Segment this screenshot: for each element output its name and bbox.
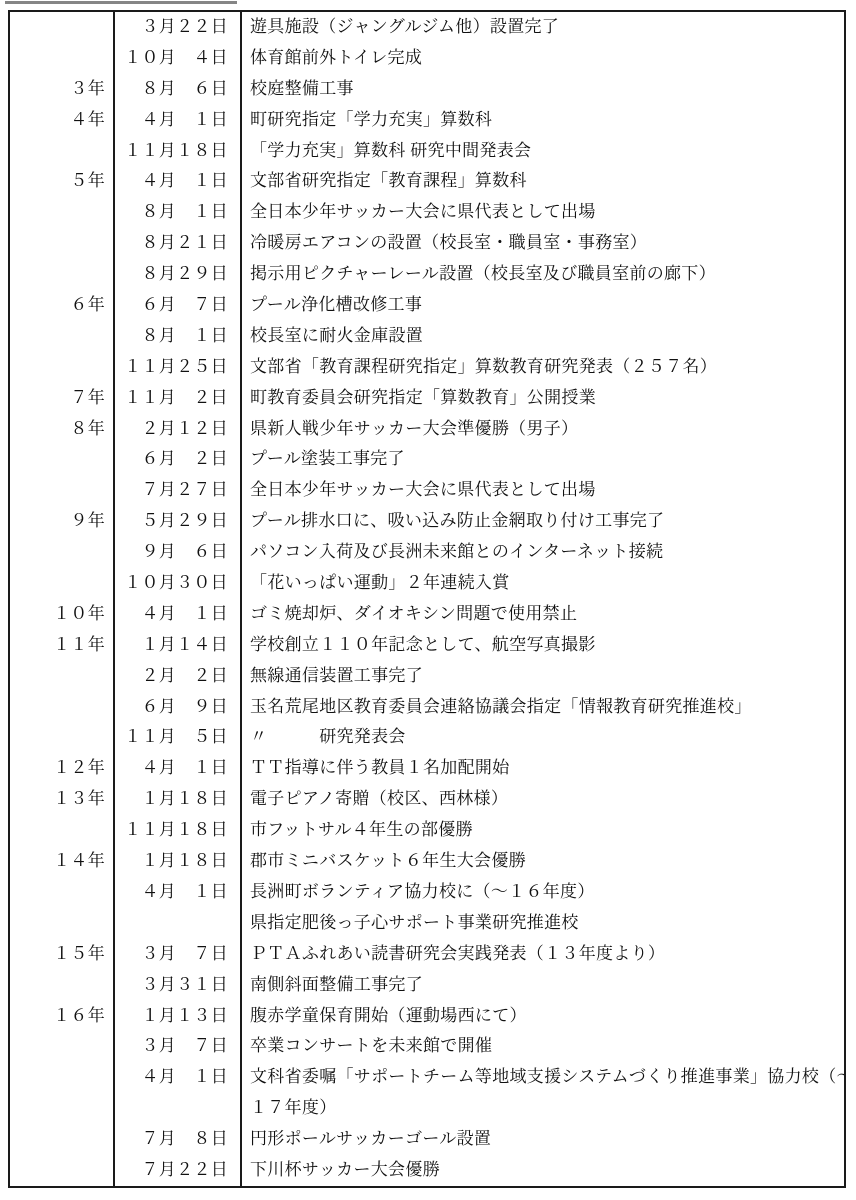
row-event-cell: 冷暖房エアコンの設置（校長室・職員室・事務室） (242, 228, 844, 259)
row-year-cell (10, 136, 113, 167)
row-event-cell: ＴＴ指導に伴う教員１名加配開始 (242, 753, 844, 784)
row-event-cell: 全日本少年サッカー大会に県代表として出場 (242, 475, 844, 506)
table-body: ３年４年５年６年７年８年９年１０年１１年１２年１３年１４年１５年１６年 ３月２２… (10, 12, 844, 1186)
row-event-cell: 〃 研究発表会 (242, 722, 844, 753)
row-year-cell (10, 259, 113, 290)
row-date-cell: １０月３０日 (115, 568, 240, 599)
row-date-cell: ９月 ６日 (115, 537, 240, 568)
row-event-cell: 「花いっぱい運動」２年連続入賞 (242, 568, 844, 599)
row-event-cell: 市フットサル４年生の部優勝 (242, 815, 844, 846)
row-date-cell: ３月３１日 (115, 970, 240, 1001)
row-date-cell: ２月１２日 (115, 414, 240, 445)
row-event-cell: 文部省「教育課程研究指定」算数教育研究発表（２５７名） (242, 352, 844, 383)
row-event-cell: １７年度） (242, 1093, 844, 1124)
row-event-cell: 電子ピアノ寄贈（校区、西林様） (242, 784, 844, 815)
row-year-cell: １４年 (10, 846, 113, 877)
row-year-cell (10, 43, 113, 74)
row-year-cell: １６年 (10, 1001, 113, 1032)
row-year-cell (10, 228, 113, 259)
row-date-cell: ４月 １日 (115, 599, 240, 630)
row-event-cell: 円形ポールサッカーゴール設置 (242, 1124, 844, 1155)
row-date-cell: ８月２１日 (115, 228, 240, 259)
row-year-cell: ７年 (10, 383, 113, 414)
row-event-cell: 県指定肥後っ子心サポート事業研究推進校 (242, 908, 844, 939)
year-column: ３年４年５年６年７年８年９年１０年１１年１２年１３年１４年１５年１６年 (10, 12, 113, 1186)
row-event-cell: 下川杯サッカー大会優勝 (242, 1155, 844, 1186)
row-event-cell: 県新人戦少年サッカー大会準優勝（男子） (242, 414, 844, 445)
row-year-cell (10, 1093, 113, 1124)
row-year-cell: １３年 (10, 784, 113, 815)
row-event-cell: 校庭整備工事 (242, 74, 844, 105)
row-event-cell: プール塗装工事完了 (242, 444, 844, 475)
row-event-cell: 遊具施設（ジャングルジム他）設置完了 (242, 12, 844, 43)
row-date-cell (115, 1093, 240, 1124)
row-year-cell: ５年 (10, 166, 113, 197)
date-column: ３月２２日１０月 ４日８月 ６日４月 １日１１月１８日４月 １日８月 １日８月２… (115, 12, 240, 1186)
row-year-cell (10, 1031, 113, 1062)
row-year-cell: １２年 (10, 753, 113, 784)
row-event-cell: 町研究指定「学力充実」算数科 (242, 105, 844, 136)
row-event-cell: 全日本少年サッカー大会に県代表として出場 (242, 197, 844, 228)
row-year-cell (10, 475, 113, 506)
row-year-cell (10, 692, 113, 723)
row-year-cell (10, 970, 113, 1001)
row-date-cell: ６月 ７日 (115, 290, 240, 321)
row-date-cell: ８月 １日 (115, 197, 240, 228)
row-event-cell: 掲示用ピクチャーレール設置（校長室及び職員室前の廊下） (242, 259, 844, 290)
row-year-cell: ９年 (10, 506, 113, 537)
row-date-cell: ７月２７日 (115, 475, 240, 506)
row-year-cell (10, 568, 113, 599)
row-event-cell: プール浄化槽改修工事 (242, 290, 844, 321)
row-date-cell: １０月 ４日 (115, 43, 240, 74)
row-date-cell: ４月 １日 (115, 1062, 240, 1093)
row-date-cell: １月１８日 (115, 846, 240, 877)
row-year-cell (10, 352, 113, 383)
row-event-cell: プール排水口に、吸い込み防止金網取り付け工事完了 (242, 506, 844, 537)
row-date-cell: １月１４日 (115, 630, 240, 661)
row-event-cell: 腹赤学童保育開始（運動場西にて） (242, 1001, 844, 1032)
row-event-cell: 卒業コンサートを未来館で開催 (242, 1031, 844, 1062)
cropped-row-edge (5, 1, 237, 4)
row-year-cell (10, 1062, 113, 1093)
row-date-cell: ３月 ７日 (115, 1031, 240, 1062)
row-year-cell (10, 722, 113, 753)
row-year-cell: ３年 (10, 74, 113, 105)
row-date-cell: １１月１８日 (115, 136, 240, 167)
row-date-cell: １１月 ５日 (115, 722, 240, 753)
row-year-cell: １１年 (10, 630, 113, 661)
row-event-cell: 郡市ミニバスケット６年生大会優勝 (242, 846, 844, 877)
row-date-cell: ８月２９日 (115, 259, 240, 290)
row-year-cell: ４年 (10, 105, 113, 136)
row-year-cell: １０年 (10, 599, 113, 630)
row-date-cell: ３月２２日 (115, 12, 240, 43)
row-date-cell: ８月 ６日 (115, 74, 240, 105)
row-event-cell: 校長室に耐火金庫設置 (242, 321, 844, 352)
row-date-cell: ６月 ９日 (115, 692, 240, 723)
row-date-cell: ４月 １日 (115, 105, 240, 136)
row-year-cell (10, 661, 113, 692)
row-year-cell (10, 444, 113, 475)
row-date-cell: ４月 １日 (115, 877, 240, 908)
row-date-cell: １月１８日 (115, 784, 240, 815)
row-event-cell: 町教育委員会研究指定「算数教育」公開授業 (242, 383, 844, 414)
row-date-cell: ５月２９日 (115, 506, 240, 537)
row-year-cell (10, 1155, 113, 1186)
row-event-cell: 南側斜面整備工事完了 (242, 970, 844, 1001)
row-year-cell (10, 321, 113, 352)
row-date-cell: ８月 １日 (115, 321, 240, 352)
row-date-cell: ７月２２日 (115, 1155, 240, 1186)
row-event-cell: ゴミ焼却炉、ダイオキシン問題で使用禁止 (242, 599, 844, 630)
row-date-cell: ４月 １日 (115, 753, 240, 784)
event-column: 遊具施設（ジャングルジム他）設置完了体育館前外トイレ完成校庭整備工事町研究指定「… (242, 12, 844, 1186)
document-page: ３年４年５年６年７年８年９年１０年１１年１２年１３年１４年１５年１６年 ３月２２… (0, 0, 856, 1200)
row-event-cell: 学校創立１１０年記念として、航空写真撮影 (242, 630, 844, 661)
row-date-cell: １１月 ２日 (115, 383, 240, 414)
row-year-cell (10, 908, 113, 939)
row-date-cell: １１月１８日 (115, 815, 240, 846)
row-event-cell: 文部省研究指定「教育課程」算数科 (242, 166, 844, 197)
row-year-cell (10, 877, 113, 908)
row-date-cell: ２月 ２日 (115, 661, 240, 692)
row-year-cell (10, 1124, 113, 1155)
row-date-cell: １月１３日 (115, 1001, 240, 1032)
row-event-cell: 無線通信装置工事完了 (242, 661, 844, 692)
row-date-cell: １１月２５日 (115, 352, 240, 383)
school-history-table: ３年４年５年６年７年８年９年１０年１１年１２年１３年１４年１５年１６年 ３月２２… (8, 10, 846, 1188)
row-event-cell: 「学力充実」算数科 研究中間発表会 (242, 136, 844, 167)
row-event-cell: 文科省委嘱「サポートチーム等地域支援システムづくり推進事業」協力校（～ (242, 1062, 844, 1093)
row-year-cell (10, 537, 113, 568)
row-date-cell: ４月 １日 (115, 166, 240, 197)
row-year-cell: ６年 (10, 290, 113, 321)
row-year-cell (10, 815, 113, 846)
row-event-cell: 玉名荒尾地区教育委員会連絡協議会指定「情報教育研究推進校」 (242, 692, 844, 723)
row-event-cell: パソコン入荷及び長洲未来館とのインターネット接続 (242, 537, 844, 568)
row-year-cell (10, 12, 113, 43)
row-event-cell: ＰＴＡふれあい読書研究会実践発表（１３年度より） (242, 939, 844, 970)
row-date-cell: ６月 ２日 (115, 444, 240, 475)
row-event-cell: 長洲町ボランティア協力校に（～１６年度） (242, 877, 844, 908)
row-date-cell (115, 908, 240, 939)
row-event-cell: 体育館前外トイレ完成 (242, 43, 844, 74)
row-year-cell: ８年 (10, 414, 113, 445)
row-date-cell: ３月 ７日 (115, 939, 240, 970)
row-date-cell: ７月 ８日 (115, 1124, 240, 1155)
row-year-cell: １５年 (10, 939, 113, 970)
row-year-cell (10, 197, 113, 228)
